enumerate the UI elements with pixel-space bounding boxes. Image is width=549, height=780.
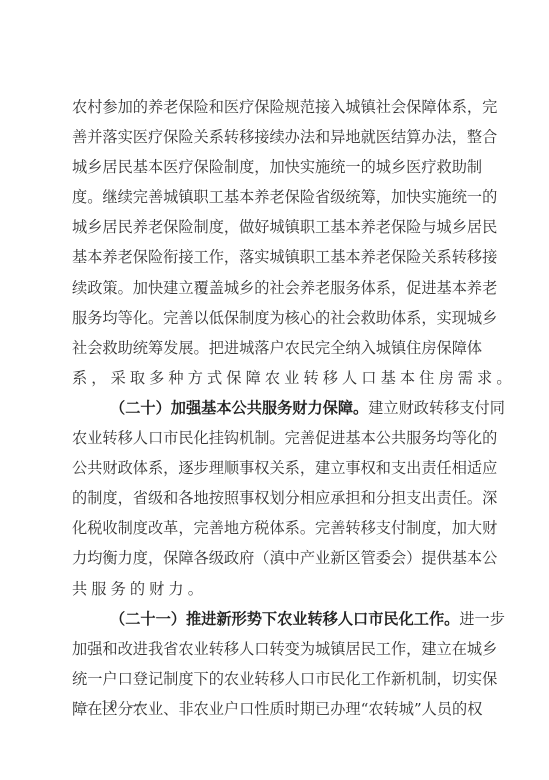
section-21-first-line-rest: 进一步	[459, 610, 505, 628]
section-20-first-line: （二十）加强基本公共服务财力保障。建立财政转移支付同	[72, 393, 479, 423]
body-text: 农村参加的养老保险和医疗保险规范接入城镇社会保障体系，完 善并落实医疗保险关系转…	[72, 92, 479, 724]
paragraph-line: 服务均等化。完善以低保制度为核心的社会救助体系，实现城乡	[72, 303, 479, 333]
paragraph-line: 公共财政体系，逐步理顺事权关系，建立事权和支出责任相适应	[72, 453, 479, 483]
paragraph-line: 续政策。加快建立覆盖城乡的社会养老服务体系，促进基本养老	[72, 273, 479, 303]
section-20-heading: （二十）加强基本公共服务财力保障。	[110, 399, 368, 417]
paragraph-line: 社会救助统筹发展。把进城落户农民完全纳入城镇住房保障体	[72, 333, 479, 363]
paragraph-line: 度。继续完善城镇职工基本养老保险省级统筹，加快实施统一的	[72, 182, 479, 212]
paragraph-line-last: 系，采取多种方式保障农业转移人口基本住房需求。	[72, 363, 479, 393]
paragraph-line: 加强和改进我省农业转移人口转变为城镇居民工作，建立在城乡	[72, 634, 479, 664]
paragraph-line: 善并落实医疗保险关系转移接续办法和异地就医结算办法，整合	[72, 122, 479, 152]
section-21-first-line: （二十一）推进新形势下农业转移人口市民化工作。进一步	[72, 604, 479, 634]
paragraph-line-last: 共服务的财力。	[72, 574, 479, 604]
paragraph-line: 城乡居民基本医疗保险制度，加快实施统一的城乡医疗救助制	[72, 152, 479, 182]
paragraph-line: 农村参加的养老保险和医疗保险规范接入城镇社会保障体系，完	[72, 92, 479, 122]
paragraph-line: 基本养老保险衔接工作，落实城镇职工基本养老保险关系转移接	[72, 242, 479, 272]
paragraph-line: 农业转移人口市民化挂钩机制。完善促进基本公共服务均等化的	[72, 423, 479, 453]
paragraph-line: 城乡居民养老保险制度，做好城镇职工基本养老保险与城乡居民	[72, 212, 479, 242]
section-20-first-line-rest: 建立财政转移支付同	[368, 399, 505, 417]
paragraph-line: 统一户口登记制度下的农业转移人口市民化工作新机制，切实保	[72, 664, 479, 694]
paragraph-line: 的制度，省级和各地按照事权划分相应承担和分担支出责任。深	[72, 483, 479, 513]
paragraph-line: 化税收制度改革，完善地方税体系。完善转移支付制度，加大财	[72, 513, 479, 543]
page-number: — 10 —	[74, 698, 146, 714]
section-21-heading: （二十一）推进新形势下农业转移人口市民化工作。	[110, 610, 459, 628]
document-page: 农村参加的养老保险和医疗保险规范接入城镇社会保障体系，完 善并落实医疗保险关系转…	[0, 0, 549, 780]
paragraph-line: 力均衡力度，保障各级政府（滇中产业新区管委会）提供基本公	[72, 543, 479, 573]
